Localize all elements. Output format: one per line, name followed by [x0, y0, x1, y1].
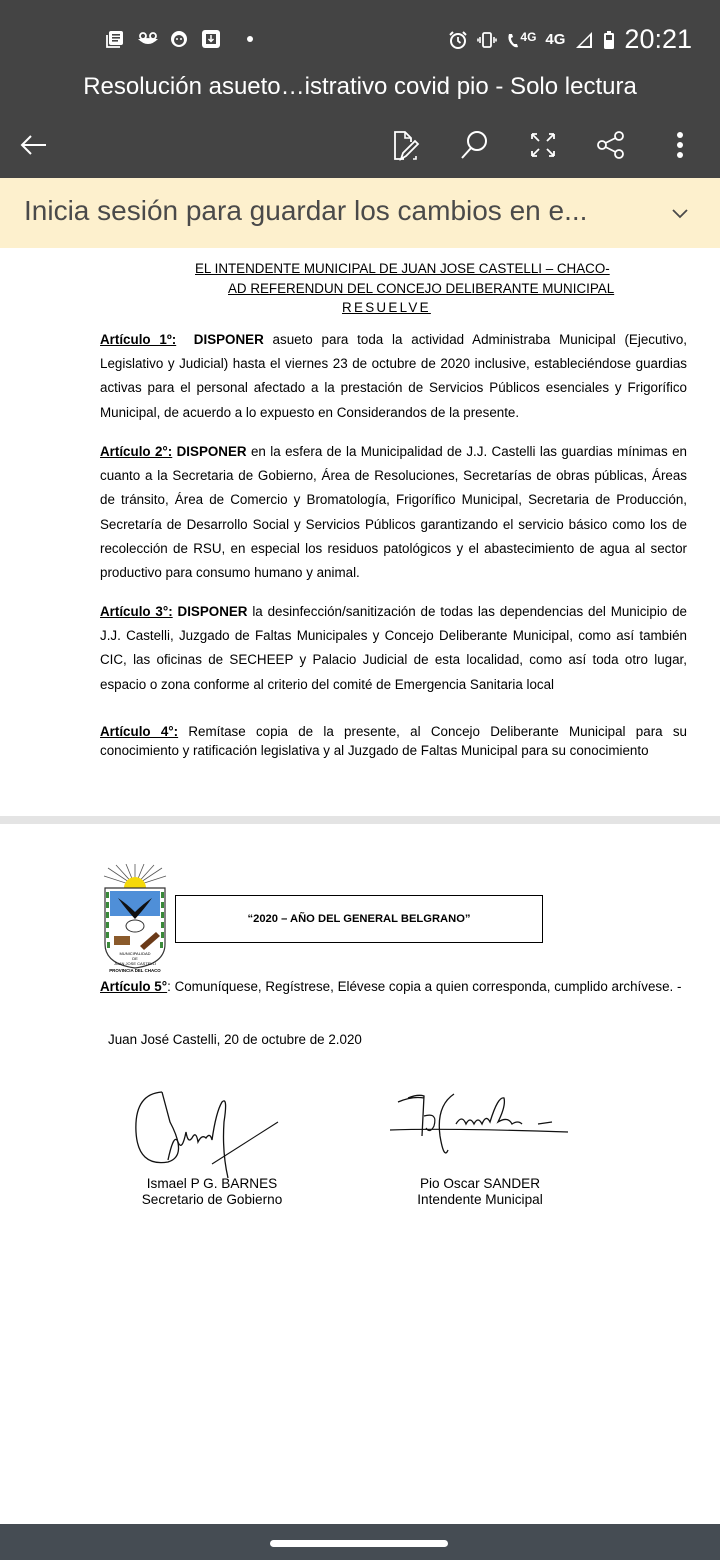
heading-line-1: EL INTENDENTE MUNICIPAL DE JUAN JOSE CAS…: [195, 261, 610, 276]
search-button[interactable]: [454, 125, 494, 165]
article-text: : Comuníquese, Regístrese, Elévese copia…: [167, 979, 681, 994]
heading-resuelve: RESUELVE: [342, 300, 431, 315]
search-icon: [458, 129, 490, 161]
signer-1: Ismael P G. BARNES Secretario de Gobiern…: [112, 1176, 312, 1208]
signer-name: Ismael P G. BARNES: [112, 1176, 312, 1192]
signer-role: Secretario de Gobierno: [112, 1192, 312, 1208]
heading-line-2: AD REFERENDUN DEL CONCEJO DELIBERANTE MU…: [228, 281, 614, 296]
svg-text:PROVINCIA DEL CHACO: PROVINCIA DEL CHACO: [109, 968, 161, 973]
document-page-2: MUNICIPALIDAD DE JUAN JOSE CASTELLI PROV…: [0, 824, 720, 1524]
more-vertical-icon: [675, 131, 685, 159]
battery-icon: [603, 30, 615, 50]
fullscreen-button[interactable]: [523, 125, 563, 165]
download-icon: [201, 29, 221, 49]
toolbar: [0, 115, 720, 175]
more-notifications-dot: [247, 36, 253, 42]
voicemail-icon: [137, 29, 157, 49]
article-keyword: DISPONER: [194, 332, 264, 347]
signature-sander: [388, 1086, 573, 1166]
article-keyword: DISPONER: [178, 604, 248, 619]
motto-box: “2020 – AÑO DEL GENERAL BELGRANO”: [175, 895, 543, 943]
navigation-bar: [0, 1524, 720, 1560]
back-button[interactable]: [14, 125, 54, 165]
share-icon: [596, 130, 626, 160]
system-icons: 4G 4G 20:21: [448, 24, 692, 55]
document-page-1: EL INTENDENTE MUNICIPAL DE JUAN JOSE CAS…: [0, 248, 720, 816]
article-label: Artículo 1º:: [100, 332, 176, 347]
chevron-down-icon[interactable]: [668, 202, 692, 226]
volte-call-icon: 4G: [506, 30, 536, 50]
status-bar: 4G 4G 20:21: [0, 0, 720, 80]
signer-role: Intendente Municipal: [380, 1192, 580, 1208]
article-1: Artículo 1º: DISPONER asueto para toda l…: [100, 328, 687, 425]
article-text: en la esfera de la Municipalidad de J.J.…: [100, 444, 687, 580]
clock: 20:21: [624, 24, 692, 55]
more-options-button[interactable]: [660, 125, 700, 165]
share-button[interactable]: [591, 125, 631, 165]
signature-barnes: [128, 1082, 288, 1182]
article-label: Artículo 4°:: [100, 724, 178, 739]
article-label: Artículo 5°: [100, 979, 167, 994]
signal-icon: [574, 30, 594, 50]
article-label: Artículo 3°:: [100, 604, 173, 619]
edit-button[interactable]: [386, 125, 426, 165]
app-header: 4G 4G 20:21 Resolución asueto…istrativo …: [0, 0, 720, 178]
motto-text: “2020 – AÑO DEL GENERAL BELGRANO”: [248, 913, 471, 925]
article-text: asueto para toda la actividad Administra…: [100, 332, 687, 420]
messenger-icon: [169, 29, 189, 49]
article-4: Artículo 4°: Remítase copia de la presen…: [100, 722, 687, 760]
4g-icon: 4G: [545, 31, 565, 48]
edit-document-icon: [391, 129, 421, 161]
vibrate-icon: [477, 30, 497, 50]
news-icon: [105, 29, 125, 49]
home-gesture-handle[interactable]: [270, 1540, 448, 1547]
alarm-icon: [448, 30, 468, 50]
article-5: Artículo 5°: Comuníquese, Regístrese, El…: [100, 978, 687, 996]
fullscreen-icon: [529, 131, 557, 159]
document-title: Resolución asueto…istrativo covid pio - …: [0, 73, 720, 101]
municipal-crest-logo: MUNICIPALIDAD DE JUAN JOSE CASTELLI PROV…: [100, 864, 170, 976]
article-2: Artículo 2°: DISPONER en la esfera de la…: [100, 440, 687, 585]
article-keyword: DISPONER: [177, 444, 247, 459]
article-text: Remítase copia de la presente, al Concej…: [100, 724, 687, 758]
banner-text: Inicia sesión para guardar los cambios e…: [24, 195, 587, 227]
notification-icons: [105, 29, 253, 49]
place-and-date: Juan José Castelli, 20 de octubre de 2.0…: [108, 1032, 362, 1047]
arrow-left-icon: [18, 129, 50, 161]
article-3: Artículo 3°: DISPONER la desinfección/sa…: [100, 600, 687, 697]
page-separator: [0, 816, 720, 824]
signer-2: Pio Oscar SANDER Intendente Municipal: [380, 1176, 580, 1208]
sign-in-banner[interactable]: Inicia sesión para guardar los cambios e…: [0, 178, 720, 248]
signer-name: Pio Oscar SANDER: [380, 1176, 580, 1192]
article-label: Artículo 2°:: [100, 444, 172, 459]
svg-text:JUAN JOSE CASTELLI: JUAN JOSE CASTELLI: [114, 961, 156, 966]
